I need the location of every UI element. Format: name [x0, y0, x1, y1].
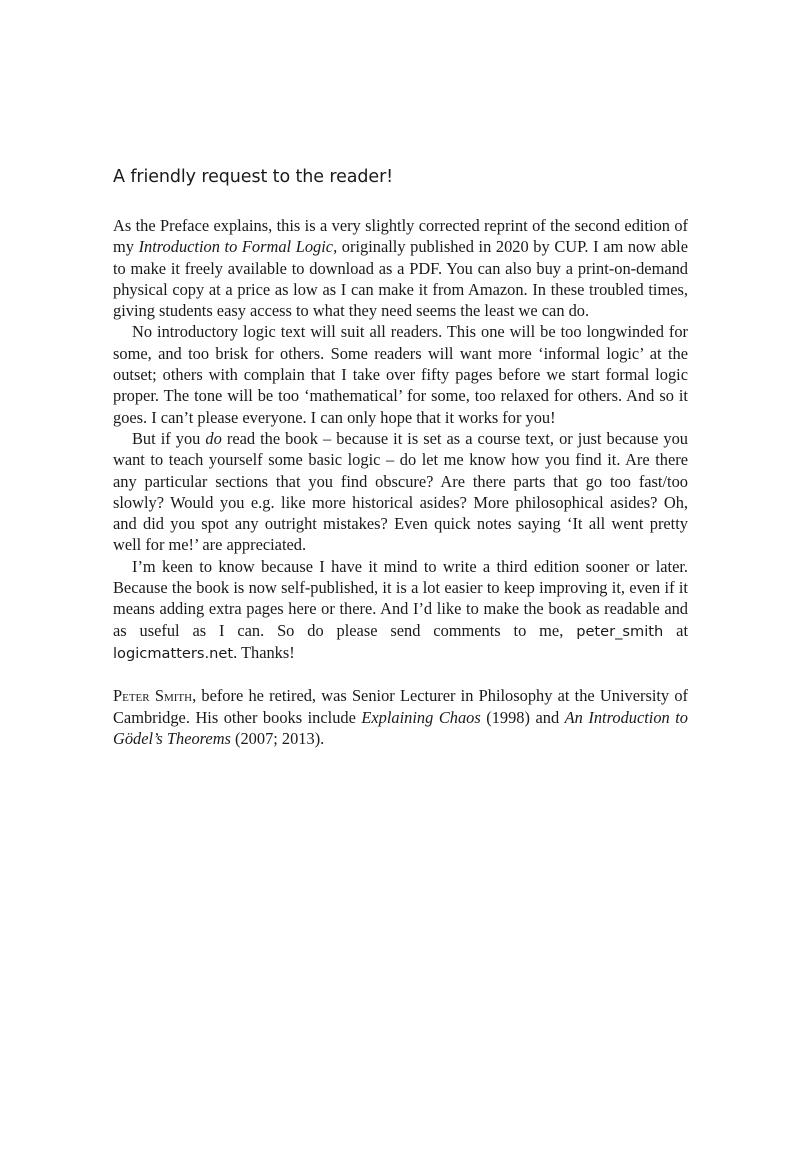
paragraph-third-edition: I’m keen to know because I have it mind … [113, 556, 688, 664]
author-name: Peter Smith [113, 686, 192, 705]
book-title: Introduction to Formal Logic [139, 237, 333, 256]
paragraph-readers: No introductory logic text will suit all… [113, 321, 688, 427]
paragraph-reprint: As the Preface explains, this is a very … [113, 215, 688, 321]
text: . Thanks! [233, 643, 295, 662]
text: (2007; 2013). [231, 729, 324, 748]
text: No introductory logic text will suit all… [113, 322, 688, 426]
paragraph-feedback: But if you do read the book – because it… [113, 428, 688, 556]
text: But if you [132, 429, 205, 448]
book-title: Explaining Chaos [361, 708, 480, 727]
author-bio: Peter Smith, before he retired, was Seni… [113, 685, 688, 749]
email-user: peter_smith [576, 623, 663, 640]
text: at [663, 621, 688, 640]
text: (1998) and [481, 708, 565, 727]
page-heading: A friendly request to the reader! [113, 165, 688, 189]
emphasis: do [205, 429, 221, 448]
page: A friendly request to the reader! As the… [113, 165, 688, 749]
email-domain: logicmatters.net [113, 645, 233, 662]
request-body: As the Preface explains, this is a very … [113, 215, 688, 749]
